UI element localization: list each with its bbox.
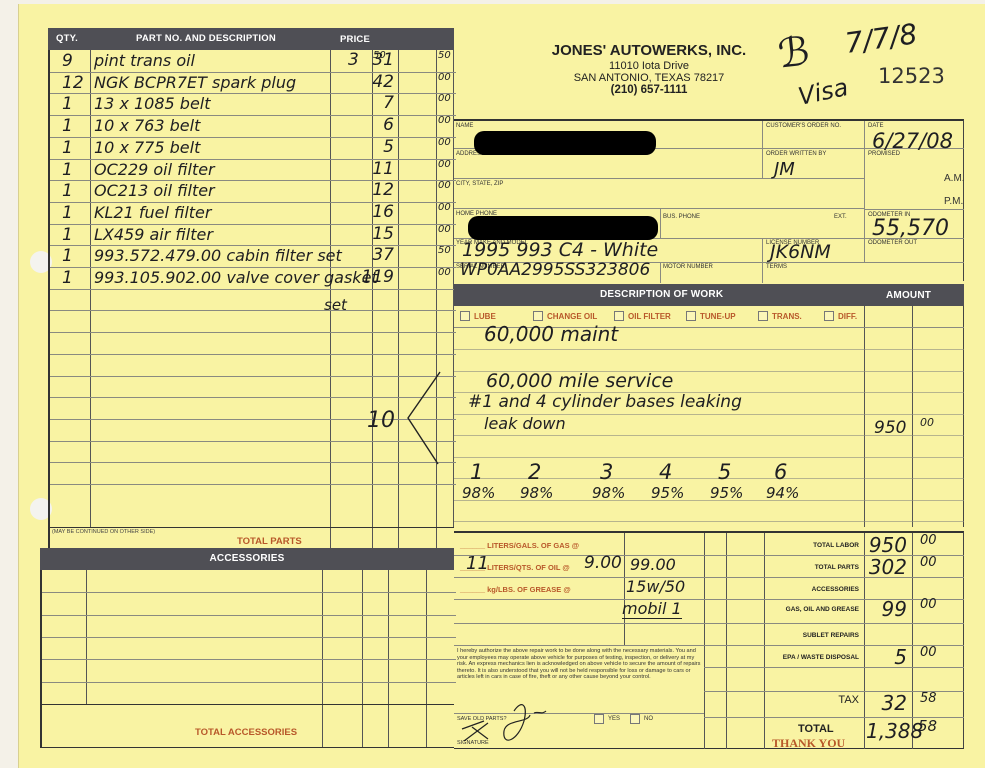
cylinder-leakdown-percent: 98% <box>520 484 553 502</box>
checkbox-label: TUNE-UP <box>700 312 736 321</box>
terms-label: TERMS <box>766 264 787 270</box>
checkbox-tune-up[interactable]: TUNE-UP <box>686 311 736 321</box>
parts-row: 1LX459 air filter1500 <box>48 224 454 246</box>
continuation-text: set <box>324 296 347 314</box>
yes-checkbox-box[interactable] <box>594 714 604 724</box>
handwritten-initials: ℬ <box>776 28 812 77</box>
amount-cents: 00 <box>438 93 451 104</box>
part-qty: 1 <box>62 138 73 158</box>
part-qty: 1 <box>62 94 73 114</box>
amount-dollars: 16 <box>372 202 394 222</box>
customer-block: NAME CUSTOMER'S ORDER NO. DATE ADDRESS O… <box>454 119 964 281</box>
work-amount-cents: 00 <box>920 416 934 429</box>
amount-dollars: 42 <box>372 72 394 92</box>
totals-dollars: 99 <box>882 597 907 621</box>
cylinder-number: 1 <box>470 460 483 484</box>
checkbox-diff[interactable]: DIFF. <box>824 311 857 321</box>
oil-qty-value: 11 <box>466 553 489 574</box>
qty-header: QTY. <box>56 33 78 44</box>
gas-label: ______ LITERS/GALS. OF GAS @ <box>460 541 579 550</box>
amount-dollars: 12 <box>372 180 394 200</box>
cylinder-leakdown-percent: 98% <box>592 484 625 502</box>
totals-dollars: 5 <box>894 645 907 669</box>
total-parts-label: TOTAL PARTS <box>237 536 302 547</box>
amount-cents: 50 <box>438 50 451 61</box>
amount-cents: 00 <box>438 137 451 148</box>
oil-total-value: 99.00 <box>630 555 676 574</box>
parts-row: 1OC213 oil filter1200 <box>48 180 454 202</box>
part-description: 10 x 763 belt <box>94 116 200 135</box>
amount-dollars: 119 <box>362 267 394 287</box>
parts-row: 1OC229 oil filter1100 <box>48 159 454 181</box>
parts-row: 1KL21 fuel filter1600 <box>48 202 454 224</box>
signature-scribble[interactable] <box>458 701 568 747</box>
amount-dollars: 15 <box>372 224 394 244</box>
cylinder-number: 4 <box>659 460 672 484</box>
totals-cents: 58 <box>920 691 937 706</box>
part-description: 10 x 775 belt <box>94 138 200 157</box>
grand-total-dollars: 1,388 <box>866 719 923 743</box>
part-description: LX459 air filter <box>94 225 213 244</box>
customer-order-label: CUSTOMER'S ORDER NO. <box>766 123 841 129</box>
work-header-bar: DESCRIPTION OF WORK AMOUNT <box>454 284 964 306</box>
amount-cents: 00 <box>438 159 451 170</box>
part-description: pint trans oil <box>94 51 195 70</box>
part-description: 13 x 1085 belt <box>94 94 211 113</box>
totals-label: TOTAL PARTS <box>729 564 859 572</box>
part-description: NGK BCPR7ET spark plug <box>94 73 296 92</box>
amount-dollars: 6 <box>383 115 394 135</box>
checkbox-label: DIFF. <box>838 312 857 321</box>
no-checkbox[interactable]: NO <box>630 714 653 724</box>
checkbox-oil-filter[interactable]: OIL FILTER <box>614 311 671 321</box>
totals-label: TAX <box>729 696 859 704</box>
checkbox-label: TRANS. <box>772 312 802 321</box>
authorization-text: I hereby authorize the above repair work… <box>457 648 701 681</box>
license-number-value: JK6NM <box>770 241 831 263</box>
name-label: NAME <box>456 123 473 129</box>
unit-price-dollars: 3 <box>348 50 359 70</box>
part-description: OC213 oil filter <box>94 181 215 200</box>
company-block: JONES' AUTOWERKS, INC. 11010 Iota Drive … <box>540 42 758 96</box>
parts-row: 110 x 763 belt600 <box>48 115 454 137</box>
work-line-2: 60,000 mile service <box>486 370 673 392</box>
order-written-by-label: ORDER WRITTEN BY <box>766 151 826 157</box>
amount-header: AMOUNT <box>886 290 931 301</box>
no-checkbox-box[interactable] <box>630 714 640 724</box>
cylinder-leakdown-percent: 98% <box>462 484 495 502</box>
parts-row: 110 x 775 belt500 <box>48 137 454 159</box>
amount-cents: 50 <box>438 245 451 256</box>
totals-label: GAS, OIL AND GREASE <box>729 606 859 614</box>
checkbox-label: LUBE <box>474 312 496 321</box>
part-qty: 12 <box>62 73 84 93</box>
parts-row: 113 x 1085 belt700 <box>48 93 454 115</box>
oil-type-1: 15w/50 <box>626 577 685 596</box>
work-line-4: leak down <box>484 414 566 433</box>
description-header: PART NO. AND DESCRIPTION <box>136 33 276 44</box>
order-written-by-value: JM <box>774 159 795 180</box>
parts-header-bar: QTY. PART NO. AND DESCRIPTION PRICE <box>48 28 454 50</box>
odometer-in-value: 55,570 <box>872 216 949 241</box>
grease-label: ______ kg/LBS. OF GREASE @ <box>460 585 571 594</box>
invoice-number: 12523 <box>878 64 945 88</box>
amount-cents: 00 <box>438 115 451 126</box>
part-qty: 9 <box>62 51 73 71</box>
am-label: A.M. <box>944 173 965 184</box>
amount-dollars: 11 <box>372 159 394 179</box>
work-line-1: 60,000 maint <box>484 322 618 346</box>
company-city: SAN ANTONIO, TEXAS 78217 <box>540 72 758 84</box>
yes-checkbox[interactable]: YES <box>594 714 620 724</box>
checkbox-trans[interactable]: TRANS. <box>758 311 802 321</box>
checkbox-box[interactable] <box>686 311 696 321</box>
redacted-phone <box>468 216 658 240</box>
total-accessories-row: TOTAL ACCESSORIES <box>40 704 454 748</box>
cylinder-number: 5 <box>718 460 731 484</box>
parts-row: 9pint trans oil3503150 <box>48 50 454 72</box>
totals-dollars: 32 <box>882 691 907 715</box>
checkbox-box[interactable] <box>758 311 768 321</box>
parts-row: 12NGK BCPR7ET spark plug4200 <box>48 72 454 94</box>
amount-dollars: 31 <box>372 50 394 70</box>
part-qty: 1 <box>62 268 73 288</box>
ext-label: EXT. <box>834 214 847 220</box>
checkbox-label: CHANGE OIL <box>547 312 597 321</box>
company-street: 11010 Iota Drive <box>540 60 758 72</box>
company-phone: (210) 657-1111 <box>540 84 758 96</box>
work-header: DESCRIPTION OF WORK <box>600 289 723 300</box>
thank-you-text: THANK YOU <box>772 736 845 751</box>
totals-cents: 00 <box>920 645 937 660</box>
totals-dollars: 302 <box>869 555 907 579</box>
labor-hours-note: 10 <box>367 408 395 433</box>
oil-rate-value: 9.00 <box>584 553 622 573</box>
part-description: OC229 oil filter <box>94 160 215 179</box>
bus-phone-label: BUS. PHONE <box>663 214 700 220</box>
cylinder-number: 3 <box>600 460 613 484</box>
accessories-header: ACCESSORIES <box>210 553 285 564</box>
checkbox-lube[interactable]: LUBE <box>460 311 496 321</box>
totals-label: SUBLET REPAIRS <box>729 632 859 640</box>
city-state-zip-label: CITY, STATE, ZIP <box>456 181 503 187</box>
amount-dollars: 5 <box>383 137 394 157</box>
date-value: 6/27/08 <box>872 129 953 153</box>
company-name: JONES' AUTOWERKS, INC. <box>540 42 758 59</box>
cylinder-leakdown-percent: 95% <box>710 484 743 502</box>
part-qty: 1 <box>62 203 73 223</box>
serial-number-value: WP0AA2995SS323806 <box>460 260 650 280</box>
amount-cents: 00 <box>438 72 451 83</box>
checkbox-change-oil[interactable]: CHANGE OIL <box>533 311 597 321</box>
price-header: PRICE <box>340 34 370 45</box>
totals-cents: 00 <box>920 533 937 548</box>
work-amount-dollars: 950 <box>874 418 906 438</box>
grand-total-cents: 58 <box>918 717 937 735</box>
checkbox-box[interactable] <box>824 311 834 321</box>
totals-cents: 00 <box>920 597 937 612</box>
checkbox-label: OIL FILTER <box>628 312 671 321</box>
part-qty: 1 <box>62 160 73 180</box>
pm-label: P.M. <box>944 196 963 207</box>
motor-number-label: MOTOR NUMBER <box>663 264 713 270</box>
part-qty: 1 <box>62 181 73 201</box>
totals-label: ACCESSORIES <box>729 586 859 594</box>
part-qty: 1 <box>62 246 73 266</box>
amount-cents: 00 <box>438 202 451 213</box>
accessories-header-bar: ACCESSORIES <box>40 548 454 570</box>
year-make-model-value: 1995 993 C4 - White <box>462 239 658 261</box>
parts-row: 1993.572.479.00 cabin filter set3750 <box>48 245 454 267</box>
cylinder-leakdown-percent: 94% <box>766 484 799 502</box>
total-accessories-label: TOTAL ACCESSORIES <box>195 727 297 738</box>
checkbox-box[interactable] <box>533 311 543 321</box>
redacted-name <box>474 131 656 155</box>
checkbox-box[interactable] <box>460 311 470 321</box>
amount-dollars: 37 <box>372 245 394 265</box>
bracket-mark <box>400 368 450 468</box>
part-description: KL21 fuel filter <box>94 203 211 222</box>
part-description: 993.572.479.00 cabin filter set <box>94 246 342 265</box>
part-qty: 1 <box>62 116 73 136</box>
totals-label: EPA / WASTE DISPOSAL <box>729 654 859 662</box>
continued-note: (MAY BE CONTINUED ON OTHER SIDE) <box>52 529 155 535</box>
checkbox-box[interactable] <box>614 311 624 321</box>
cylinder-leakdown-percent: 95% <box>651 484 684 502</box>
cylinder-number: 6 <box>774 460 787 484</box>
accessories-grid <box>40 570 454 704</box>
part-qty: 1 <box>62 225 73 245</box>
totals-label: TOTAL LABOR <box>729 542 859 550</box>
parts-row: 1993.105.902.00 valve cover gasket11900 <box>48 267 454 289</box>
amount-cents: 00 <box>438 267 451 278</box>
totals-cents: 00 <box>920 555 937 570</box>
amount-cents: 00 <box>438 224 451 235</box>
oil-type-2: mobil 1 <box>622 599 682 619</box>
amount-dollars: 7 <box>383 93 394 113</box>
cylinder-number: 2 <box>528 460 541 484</box>
grand-total-label: TOTAL <box>798 723 834 735</box>
part-description: 993.105.902.00 valve cover gasket <box>94 268 378 287</box>
work-line-3: #1 and 4 cylinder bases leaking <box>468 392 742 412</box>
amount-cents: 00 <box>438 180 451 191</box>
total-parts-row: (MAY BE CONTINUED ON OTHER SIDE) TOTAL P… <box>48 527 454 548</box>
totals-block: ______ LITERS/GALS. OF GAS @ ______ LITE… <box>454 531 964 749</box>
totals-dollars: 950 <box>869 533 907 557</box>
